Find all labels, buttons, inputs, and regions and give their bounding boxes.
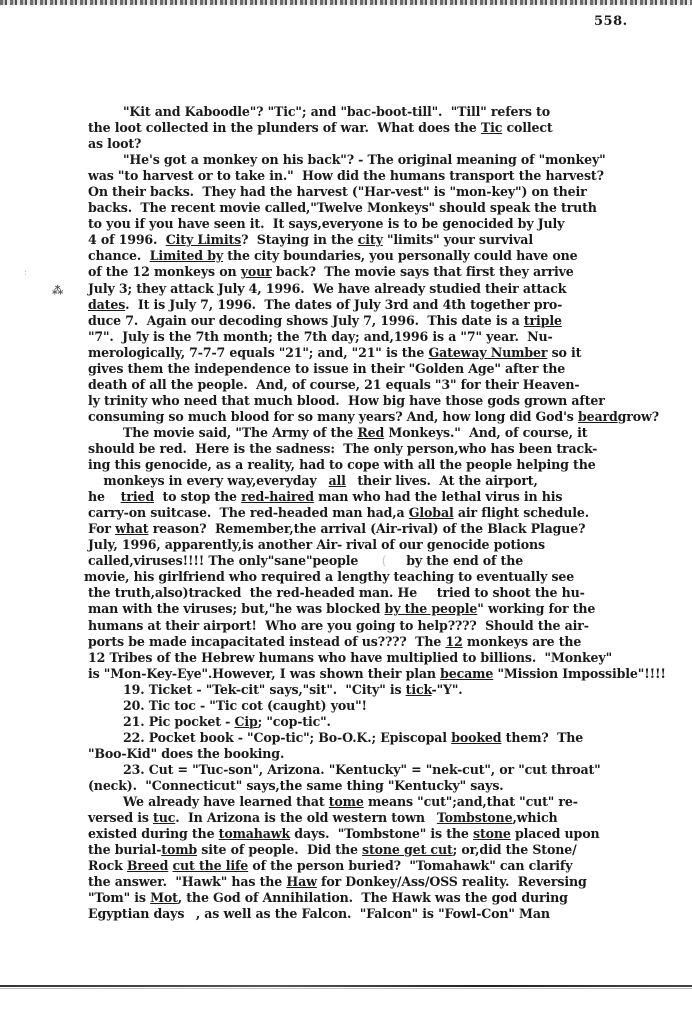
text-line: of the 12 monkeys on your back? The movi…	[88, 264, 692, 280]
underlined-text: dates	[88, 297, 125, 312]
text-segment: called,viruses!!!! The only"sane"people	[88, 553, 363, 568]
text-segment: placed upon	[511, 826, 600, 841]
text-line: On their backs. They had the harvest ("H…	[88, 184, 692, 200]
text-segment: Egyptian days	[88, 906, 184, 921]
underlined-text: cut the life	[173, 858, 249, 873]
text-segment: 20. Tic toc - "Tic cot (caught) you"!	[123, 698, 367, 713]
text-segment: versed is	[88, 810, 153, 825]
ink-smudge	[321, 473, 329, 488]
underlined-text: Limited by	[150, 248, 223, 263]
text-segment: air flight schedule.	[454, 505, 589, 520]
text-segment: site of people. Did the	[197, 842, 362, 857]
text-segment: is "Mon-Key-Eye".However, I was shown th…	[88, 666, 440, 681]
ink-smudge	[421, 585, 436, 600]
ink-smudge	[184, 906, 196, 921]
text-segment: death of all the people. And, of course,…	[88, 377, 579, 392]
text-segment: grow?	[618, 409, 659, 424]
underlined-text: became	[440, 666, 493, 681]
underlined-text: city	[358, 232, 383, 247]
text-line: "7". July is the 7th month; the 7th day;…	[88, 329, 692, 345]
text-segment: the city boundaries, you personally coul…	[223, 248, 577, 263]
page-number: 558.	[594, 14, 628, 29]
text-line: as loot?	[88, 136, 692, 152]
underlined-text: tuc	[153, 810, 175, 825]
underlined-text: Tic	[481, 120, 502, 135]
list-item-line: 23. Cut = "Tuc-son", Arizona. "Kentucky"…	[88, 762, 692, 778]
text-segment: man with the viruses; but,"he was blocke…	[88, 601, 385, 616]
text-segment: of the 12 monkeys on	[88, 264, 241, 279]
text-segment: ports be made incapacitated instead of u…	[88, 634, 445, 649]
text-segment: 19. Ticket - "Tek-cit" says,"sit". "City…	[123, 682, 406, 697]
underlined-text: all	[329, 473, 346, 488]
text-line: he tried to stop the red-haired man who …	[88, 489, 692, 505]
text-segment: man who had the lethal virus in his	[314, 489, 563, 504]
text-line: "He's got a monkey on his back"? - The o…	[88, 152, 692, 168]
document-body: "Kit and Kaboodle"? "Tic"; and "bac-boot…	[88, 104, 692, 922]
text-line: ports be made incapacitated instead of u…	[88, 634, 692, 650]
text-line: Rock Breed cut the life of the person bu…	[88, 858, 692, 874]
text-line: movie, his girlfriend who required a len…	[84, 569, 692, 585]
text-segment: Rock	[88, 858, 127, 873]
text-segment: "Kit and Kaboodle"? "Tic"; and "bac-boot…	[123, 104, 550, 119]
underlined-text: City Limits	[166, 232, 241, 247]
text-line: existed during the tomahawk days. "Tombs…	[88, 826, 692, 842]
ink-smudge	[429, 810, 437, 825]
underlined-text: tick	[406, 682, 432, 697]
underlined-text: tome	[329, 794, 364, 809]
underlined-text: red-haired	[241, 489, 314, 504]
text-segment: 12 Tribes of the Hebrew humans who have …	[88, 650, 612, 665]
list-item-line: 21. Pic pocket - Cip; "cop-tic".	[88, 714, 692, 730]
text-segment: he	[88, 489, 109, 504]
text-segment: by the end of the	[402, 553, 523, 568]
text-segment: their lives. At the airport,	[357, 473, 537, 488]
text-segment: The movie said, "The Army of the	[123, 425, 357, 440]
text-segment: his girlfriend who required a lengthy te…	[134, 569, 575, 584]
text-line: chance. Limited by the city boundaries, …	[88, 248, 692, 264]
text-segment: 23. Cut = "Tuc-son", Arizona. "Kentucky"…	[123, 762, 601, 777]
text-segment: "7". July is the 7th month; the 7th day;…	[88, 329, 553, 344]
text-line: the loot collected in the plunders of wa…	[88, 120, 692, 136]
underlined-text: Red	[357, 425, 384, 440]
underlined-text: booked	[451, 730, 501, 745]
underlined-text: Global	[409, 505, 454, 520]
text-segment: the answer. "Hawk" has the	[88, 874, 286, 889]
text-segment: duce 7. Again our decoding shows July 7,…	[88, 313, 524, 328]
margin-ink-mark: ⁂	[52, 284, 62, 296]
text-segment: "limits" your survival	[383, 232, 533, 247]
text-segment: was "to harvest or to take in." How did …	[88, 168, 604, 183]
underlined-text: 12	[445, 634, 462, 649]
text-segment: (neck). "Connecticut" says,the same thin…	[88, 778, 504, 793]
text-segment: 22. Pocket book - "Cop-tic"; Bo-O.K.; Ep…	[123, 730, 451, 745]
text-segment: the burial-	[88, 842, 161, 857]
text-segment: monkeys are the	[463, 634, 582, 649]
text-line: ing this genocide, as a reality, had to …	[88, 457, 692, 473]
text-line: consuming so much blood for so many year…	[88, 409, 692, 425]
text-segment: backs. The recent movie called,"Twelve M…	[88, 200, 597, 215]
text-segment: For	[88, 521, 115, 536]
text-line: "Tom" is Mot, the God of Annihilation. T…	[88, 890, 692, 906]
text-segment: collect	[502, 120, 552, 135]
text-segment: 21. Pic pocket -	[123, 714, 234, 729]
text-line: the burial-tomb site of people. Did the …	[88, 842, 692, 858]
text-segment: so it	[547, 345, 581, 360]
text-segment: merologically, 7-7-7 equals "21"; and, "…	[88, 345, 429, 360]
text-line: The movie said, "The Army of the Red Mon…	[88, 425, 692, 441]
text-segment: . It is July 7, 1996. The dates of July …	[125, 297, 562, 312]
text-segment: ? Staying in the	[241, 232, 358, 247]
text-line: 12 Tribes of the Hebrew humans who have …	[88, 650, 692, 666]
text-segment: -"Y".	[432, 682, 463, 697]
text-segment: July 3; they attack July 4, 1996. We hav…	[88, 281, 566, 296]
text-segment: monkeys in every way,everyday	[103, 473, 320, 488]
text-line: "Boo-Kid" does the booking.	[88, 746, 692, 762]
list-item-line: 19. Ticket - "Tek-cit" says,"sit". "City…	[88, 682, 692, 698]
text-segment: We already have learned that	[123, 794, 329, 809]
list-item-line: 20. Tic toc - "Tic cot (caught) you"!	[88, 698, 692, 714]
text-segment: humans at their airport! Who are you goi…	[88, 618, 589, 633]
text-segment: them? The	[501, 730, 583, 745]
text-segment: movie,	[84, 569, 134, 584]
text-line: is "Mon-Key-Eye".However, I was shown th…	[88, 666, 692, 682]
text-segment: ; or,did the Stone/	[453, 842, 577, 857]
text-line: merologically, 7-7-7 equals "21"; and, "…	[88, 345, 692, 361]
underlined-text: Tombstone	[437, 810, 513, 825]
text-line: carry-on suitcase. The red-headed man ha…	[88, 505, 692, 521]
text-segment: consuming so much blood for so many year…	[88, 409, 578, 424]
text-segment: On their backs. They had the harvest ("H…	[88, 184, 587, 199]
text-segment: ing this genocide, as a reality, had to …	[88, 457, 596, 472]
text-segment: as loot?	[88, 136, 141, 151]
text-line: humans at their airport! Who are you goi…	[88, 618, 692, 634]
text-segment: , the God of Annihilation. The Hawk was …	[178, 890, 568, 905]
text-segment: for Donkey/Ass/OSS reality. Reversing	[317, 874, 587, 889]
ink-smudge	[88, 473, 103, 488]
text-line: man with the viruses; but,"he was blocke…	[88, 601, 692, 617]
text-segment: "Boo-Kid" does the booking.	[88, 746, 284, 761]
text-segment: back? The movie says that first they arr…	[272, 264, 574, 279]
underlined-text: your	[241, 264, 272, 279]
underlined-text: Cip	[234, 714, 257, 729]
text-segment: ly trinity who need that much blood. How…	[88, 393, 605, 408]
ink-smudge	[109, 489, 121, 504]
underlined-text: tomahawk	[219, 826, 290, 841]
underlined-text: what	[115, 521, 148, 536]
text-line: Egyptian days , as well as the Falcon. "…	[88, 906, 692, 922]
underlined-text: Gateway Number	[429, 345, 548, 360]
text-line: gives them the independence to issue in …	[88, 361, 692, 377]
text-segment: the loot collected in the plunders of wa…	[88, 120, 481, 135]
text-segment: "Mission Impossible"!!!!	[493, 666, 666, 681]
text-segment: should be red. Here is the sadness: The …	[88, 441, 597, 456]
underlined-text: tomb	[161, 842, 197, 857]
scan-top-edge	[0, 0, 692, 5]
text-segment: tried to shoot the hu-	[437, 585, 585, 600]
text-line: duce 7. Again our decoding shows July 7,…	[88, 313, 692, 329]
text-line: "Kit and Kaboodle"? "Tic"; and "bac-boot…	[88, 104, 692, 120]
text-segment: , as well as the Falcon. "Falcon" is "Fo…	[196, 906, 550, 921]
underlined-text: triple	[524, 313, 562, 328]
list-item-line: 22. Pocket book - "Cop-tic"; Bo-O.K.; Ep…	[88, 730, 692, 746]
text-line: ly trinity who need that much blood. How…	[88, 393, 692, 409]
text-segment: " working for the	[477, 601, 595, 616]
page-bottom-rule	[0, 985, 692, 987]
text-segment: reason? Remember,the arrival (Air-rival)…	[148, 521, 585, 536]
text-segment: ; "cop-tic".	[258, 714, 331, 729]
text-segment: to you if you have seen it. It says,ever…	[88, 216, 564, 231]
text-line: should be red. Here is the sadness: The …	[88, 441, 692, 457]
underlined-text: stone get cut	[362, 842, 453, 857]
ink-smudge: (	[363, 553, 402, 568]
text-segment: days. "Tombstone" is the	[290, 826, 473, 841]
text-line: death of all the people. And, of course,…	[88, 377, 692, 393]
text-segment: to stop the	[154, 489, 241, 504]
text-line: July, 1996, apparently,is another Air- r…	[88, 537, 692, 553]
text-segment: rival of our genocide potions	[346, 537, 545, 552]
underlined-text: by the people	[385, 601, 478, 616]
ink-smudge	[346, 473, 358, 488]
page-bottom-rule-shadow	[0, 988, 692, 989]
text-line: backs. The recent movie called,"Twelve M…	[88, 200, 692, 216]
underlined-text: beard	[578, 409, 618, 424]
text-segment: Monkeys." And, of course, it	[384, 425, 587, 440]
underlined-text: Breed	[127, 858, 168, 873]
margin-smudge: :	[24, 268, 27, 278]
underlined-text: Mot	[150, 890, 178, 905]
text-line: We already have learned that tome means …	[88, 794, 692, 810]
text-segment: "He's got a monkey on his back"? - The o…	[123, 152, 606, 167]
text-line: 4 of 1996. City Limits? Staying in the c…	[88, 232, 692, 248]
text-segment: existed during the	[88, 826, 219, 841]
text-segment: means "cut";and,that "cut" re-	[364, 794, 578, 809]
text-segment: carry-on suitcase. The red-headed man ha…	[88, 505, 409, 520]
text-line: (neck). "Connecticut" says,the same thin…	[88, 778, 692, 794]
text-segment: gives them the independence to issue in …	[88, 361, 565, 376]
text-line: the answer. "Hawk" has the Haw for Donke…	[88, 874, 692, 890]
text-line: For what reason? Remember,the arrival (A…	[88, 521, 692, 537]
underlined-text: stone	[473, 826, 511, 841]
text-line: to you if you have seen it. It says,ever…	[88, 216, 692, 232]
text-segment: chance.	[88, 248, 150, 263]
text-line: the truth,also)tracked the red-headed ma…	[88, 585, 692, 601]
text-segment: . In Arizona is the old western town	[175, 810, 429, 825]
text-segment: July, 1996, apparently,is another Air-	[88, 537, 342, 552]
text-segment: 4 of 1996.	[88, 232, 166, 247]
text-segment: of the person buried? "Tomahawk" can cla…	[248, 858, 572, 873]
text-line: dates. It is July 7, 1996. The dates of …	[88, 297, 692, 313]
text-line: called,viruses!!!! The only"sane"people …	[88, 553, 692, 569]
text-segment: the truth,also)tracked the red-headed ma…	[88, 585, 421, 600]
text-segment: ,which	[512, 810, 557, 825]
underlined-text: Haw	[286, 874, 316, 889]
text-segment: "Tom" is	[88, 890, 150, 905]
text-line: monkeys in every way,everyday all their …	[88, 473, 692, 489]
text-line: was "to harvest or to take in." How did …	[88, 168, 692, 184]
underlined-text: tried	[121, 489, 154, 504]
text-line: versed is tuc. In Arizona is the old wes…	[88, 810, 692, 826]
text-line: July 3; they attack July 4, 1996. We hav…	[88, 281, 692, 297]
